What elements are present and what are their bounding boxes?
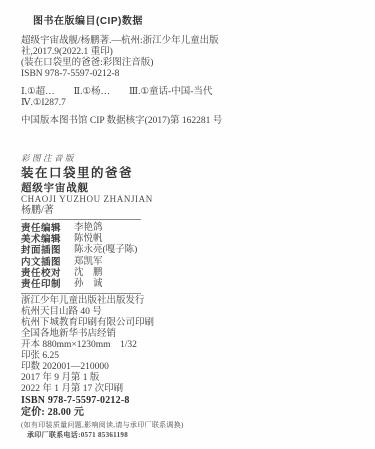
credit-name: 陈永亮(嘎子陈) (74, 245, 137, 256)
credit-role: 内文插图 (21, 257, 61, 268)
cip-isbn: ISBN 978-7-5597-0212-8 (21, 69, 357, 80)
printing-date-line: 2022 年 1 月第 17 次印刷 (21, 384, 357, 395)
publisher-address: 杭州天目山路 40 号 (21, 307, 357, 318)
series-title: 装在口袋里的爸爸 (21, 166, 357, 180)
cip-classification-line-2: Ⅳ.①I287.7 (21, 98, 357, 109)
author-line: 杨鹏/著 (21, 205, 357, 216)
credit-name: 沈 鹏 (74, 268, 103, 279)
credit-row: 责任校对 沈 鹏 (21, 268, 357, 279)
credit-row: 封面插图 陈永亮(嘎子陈) (21, 245, 357, 256)
edition-label: 彩图注音版 (21, 154, 357, 163)
cip-classification-line-1: Ⅰ.①超… Ⅱ.①杨… Ⅲ.①童话-中国-当代 (21, 87, 357, 98)
sheets-line: 印张 6.25 (21, 351, 357, 362)
print-run-line: 印数 202001—210000 (21, 362, 357, 373)
publisher-line: 浙江少年儿童出版社出版发行 (21, 296, 357, 307)
credit-role: 美术编辑 (21, 234, 61, 245)
credit-role: 责任校对 (21, 268, 61, 279)
cip-entry-line-1: 超级宇宙战舰/杨鹏著.—杭州:浙江少年儿童出版 (21, 36, 357, 47)
credit-name: 李艳鸽 (74, 223, 103, 234)
credit-row: 责任编辑 李艳鸽 (21, 223, 357, 234)
credit-row: 责任印制 孙 诚 (21, 279, 357, 290)
price-line: 定价: 28.00 元 (21, 407, 357, 418)
credit-name: 郑凯军 (74, 257, 103, 268)
credit-row: 美术编辑 陈悦帆 (21, 234, 357, 245)
quality-note: (如有印装质量问题,影响阅读,请与承印厂联系调换) (21, 420, 357, 430)
credit-role: 责任印制 (21, 279, 61, 290)
printer-contact: 承印厂联系电话:0571 85361198 (27, 430, 357, 440)
cip-entry-line-2: 社,2017.9(2022.1 重印) (21, 47, 357, 58)
credits-list: 责任编辑 李艳鸽 美术编辑 陈悦帆 封面插图 陈永亮(嘎子陈) 内文插图 郑凯军… (21, 220, 357, 290)
credit-name: 陈悦帆 (74, 234, 103, 245)
credit-row: 内文插图 郑凯军 (21, 257, 357, 268)
format-line: 开本 880mm×1230mm 1/32 (21, 340, 357, 351)
distribution-line: 全国各地新华书店经销 (21, 329, 357, 340)
credit-role: 责任编辑 (21, 223, 61, 234)
book-title-pinyin: CHAOJI YUZHOU ZHANJIAN (21, 194, 357, 205)
credit-role: 封面插图 (21, 245, 61, 256)
cip-record-number: 中国版本图书馆 CIP 数据核字(2017)第 162281 号 (21, 116, 357, 127)
copyright-page: 图书在版编目(CIP)数据 超级宇宙战舰/杨鹏著.—杭州:浙江少年儿童出版 社,… (0, 0, 375, 449)
edition-date-line: 2017 年 9 月第 1 版 (21, 373, 357, 384)
publication-info: 浙江少年儿童出版社出版发行 杭州天目山路 40 号 杭州下城教育印刷有限公司印刷… (21, 294, 357, 418)
credit-name: 孙 诚 (74, 279, 103, 290)
cip-series-note: (装在口袋里的爸爸:彩图注音版) (21, 58, 357, 69)
isbn-line: ISBN 978-7-5597-0212-8 (21, 395, 357, 406)
book-title: 超级宇宙战舰 (21, 182, 357, 194)
printer-line: 杭州下城教育印刷有限公司印刷 (21, 318, 357, 329)
cip-header: 图书在版编目(CIP)数据 (33, 16, 357, 28)
